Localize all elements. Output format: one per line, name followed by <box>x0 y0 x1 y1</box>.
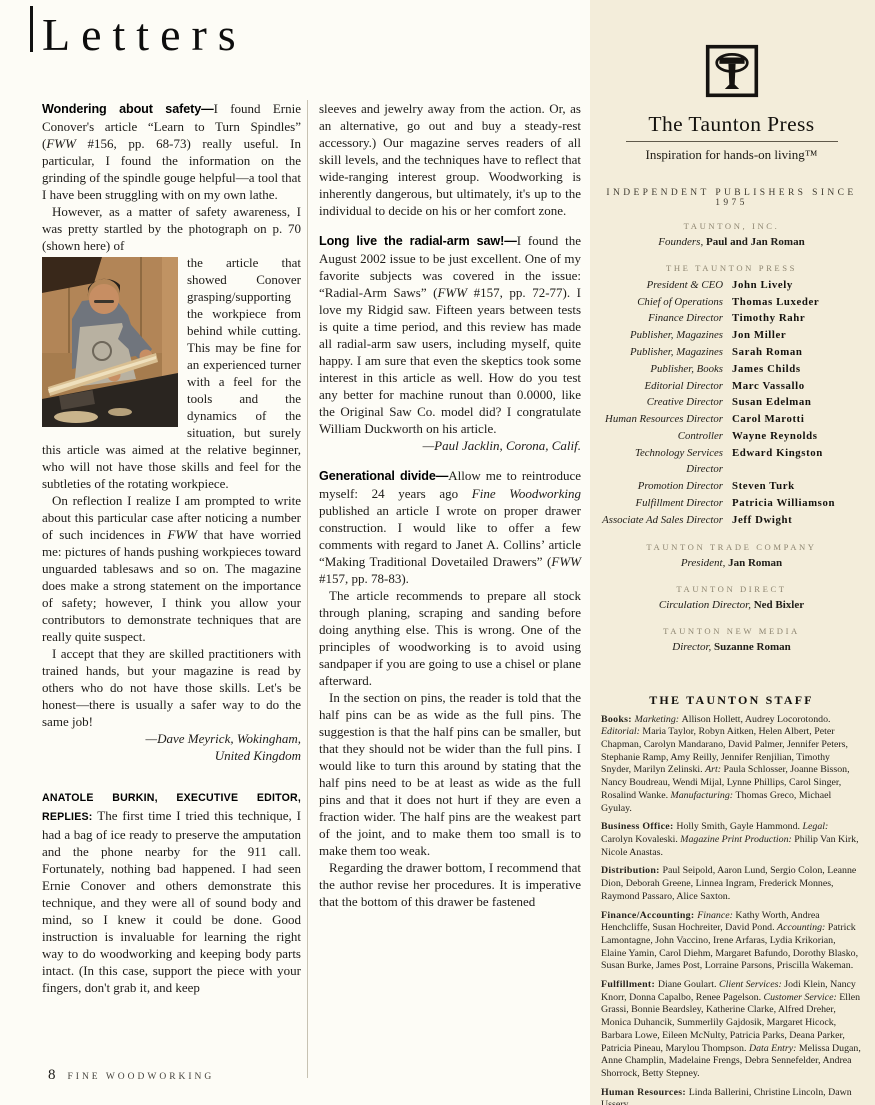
staff-paragraph: Finance/Accounting: Finance: Kathy Worth… <box>601 910 862 974</box>
masthead-section: TAUNTON, INC.Founders, Paul and Jan Roma… <box>601 221 862 250</box>
text-run: Carolyn Kovaleski. <box>601 834 680 845</box>
masthead-line: Founders, Paul and Jan Roman <box>601 235 862 250</box>
masthead-role: Finance Director <box>601 310 723 327</box>
masthead-name: Marc Vassallo <box>732 378 862 395</box>
text-run: Ned Bixler <box>754 599 804 611</box>
masthead-section: TAUNTON TRADE COMPANYPresident, Jan Roma… <box>601 542 862 571</box>
independent-publishers-line: INDEPENDENT PUBLISHERS SINCE 1975 <box>601 188 862 208</box>
masthead-section-header: TAUNTON, INC. <box>601 221 862 231</box>
masthead-role: Human Resources Director <box>601 411 723 428</box>
text-run: Regarding the drawer bottom, I recommend… <box>319 860 581 909</box>
text-run: The first time I tried this technique, I… <box>42 808 301 995</box>
text-run: Business Office: <box>601 821 676 832</box>
staff-paragraph: Distribution: Paul Seipold, Aaron Lund, … <box>601 865 862 903</box>
masthead-role: Publisher, Magazines <box>601 327 723 344</box>
letter-paragraph: the article that showed Conover grasping… <box>42 254 301 492</box>
text-run: #157, pp. 72-77). I love my Ridgid saw. … <box>319 285 581 436</box>
text-run: I accept that they are skilled practitio… <box>42 646 301 729</box>
masthead-name: Jeff Dwight <box>732 512 862 529</box>
text-run: However, as a matter of safety awareness… <box>42 204 301 253</box>
masthead-line: Circulation Director, Ned Bixler <box>601 598 862 613</box>
masthead-sidebar: The Taunton Press Inspiration for hands-… <box>590 0 875 1105</box>
magazine-name: FINE WOODWORKING <box>68 1072 215 1082</box>
masthead-name: Timothy Rahr <box>732 310 862 327</box>
letter-signature: —Dave Meyrick, Wokingham,United Kingdom <box>42 730 301 764</box>
text-run: Wondering about safety— <box>42 102 214 116</box>
masthead-section-header: TAUNTON NEW MEDIA <box>601 626 862 636</box>
text-run: Editorial: <box>601 726 642 737</box>
text-run: In the section on pins, the reader is to… <box>319 690 581 858</box>
letters-column-1: Wondering about safety—I found Ernie Con… <box>42 100 308 1078</box>
signature-line: —Dave Meyrick, Wokingham, <box>42 730 301 747</box>
letter-paragraph: Long live the radial-arm saw!—I found th… <box>319 232 581 437</box>
text-run: Paul and Jan Roman <box>706 236 805 248</box>
masthead-section-header: TAUNTON DIRECT <box>601 584 862 594</box>
masthead-role: President & CEO <box>601 277 723 294</box>
letter-paragraph: Generational divide—Allow me to reintrod… <box>319 467 581 587</box>
text-run: Director, <box>672 641 714 653</box>
masthead-name: Sarah Roman <box>732 344 862 361</box>
text-run: published an article I wrote on proper d… <box>319 503 581 569</box>
masthead-sections: TAUNTON, INC.Founders, Paul and Jan Roma… <box>601 221 862 655</box>
text-run: Jan Roman <box>728 557 782 569</box>
text-run: that have worried me: pictures of hands … <box>42 527 301 644</box>
text-run: sleeves and jewelry away from the action… <box>319 101 581 218</box>
text-run: Allison Hollett, Audrey Locorotondo. <box>682 714 831 725</box>
text-run: FWW <box>437 285 467 300</box>
text-run: Circulation Director, <box>659 599 754 611</box>
text-run: Manufacturing: <box>671 790 736 801</box>
masthead-role: Promotion Director <box>601 478 723 495</box>
text-run: Holly Smith, Gayle Hammond. <box>676 821 802 832</box>
text-run: Generational divide— <box>319 469 448 483</box>
text-run: Books: <box>601 714 635 725</box>
letter-signature: —Paul Jacklin, Corona, Calif. <box>319 437 581 454</box>
title-rule <box>30 6 33 52</box>
letters-column-2: sleeves and jewelry away from the action… <box>308 100 581 1078</box>
masthead-role: Chief of Operations <box>601 294 723 311</box>
page-number: 8 <box>48 1067 56 1083</box>
masthead-name: John Lively <box>732 277 862 294</box>
text-run: Marketing: <box>635 714 682 725</box>
masthead-name: Thomas Luxeder <box>732 294 862 311</box>
masthead-role: Fulfillment Director <box>601 495 723 512</box>
text-run: #157, pp. 78-83). <box>319 571 409 586</box>
masthead-name: James Childs <box>732 361 862 378</box>
masthead-section-header: TAUNTON TRADE COMPANY <box>601 542 862 552</box>
letter-paragraph: However, as a matter of safety awareness… <box>42 203 301 254</box>
text-run: Founders, <box>658 236 706 248</box>
text-run: Human Resources: <box>601 1087 689 1098</box>
letter-paragraph: Wondering about safety—I found Ernie Con… <box>42 100 301 203</box>
text-run: President, <box>681 557 728 569</box>
staff-header: THE TAUNTON STAFF <box>601 693 862 708</box>
staff-paragraph: Human Resources: Linda Ballerini, Christ… <box>601 1087 862 1105</box>
letter-paragraph: Regarding the drawer bottom, I recommend… <box>319 859 581 910</box>
text-run: FWW <box>46 136 76 151</box>
text-run: FWW <box>168 527 198 542</box>
masthead-section: THE TAUNTON PRESSPresident & CEOJohn Liv… <box>601 263 862 529</box>
letters-body: Wondering about safety—I found Ernie Con… <box>42 100 582 1078</box>
letter-paragraph: The article recommends to prepare all st… <box>319 587 581 689</box>
masthead-role: Creative Director <box>601 394 723 411</box>
letter-paragraph: ANATOLE BURKIN, EXECUTIVE EDITOR, REPLIE… <box>42 788 301 996</box>
masthead-name: Susan Edelman <box>732 394 862 411</box>
staff-paragraph: Business Office: Holly Smith, Gayle Hamm… <box>601 821 862 859</box>
letter-paragraph: sleeves and jewelry away from the action… <box>319 100 581 219</box>
brand-name: The Taunton Press <box>601 112 862 137</box>
page-title: Letters <box>42 12 247 58</box>
masthead-name: Carol Marotti <box>732 411 862 428</box>
letter-paragraph: On reflection I realize I am prompted to… <box>42 492 301 645</box>
masthead-role: Editorial Director <box>601 378 723 395</box>
page-footer: 8FINE WOODWORKING <box>48 1066 214 1084</box>
brand-rule <box>626 141 838 142</box>
text-run: Suzanne Roman <box>714 641 791 653</box>
taunton-press-logo-icon <box>601 44 862 103</box>
masthead-line: Director, Suzanne Roman <box>601 640 862 655</box>
masthead-role: Controller <box>601 428 723 445</box>
masthead-section-header: THE TAUNTON PRESS <box>601 263 862 273</box>
masthead-role: Publisher, Books <box>601 361 723 378</box>
masthead-role: Associate Ad Sales Director <box>601 512 723 529</box>
text-run: Data Entry: <box>749 1043 799 1054</box>
staff-paragraph: Fulfillment: Diane Goulart. Client Servi… <box>601 979 862 1081</box>
masthead-role-list: President & CEOJohn LivelyChief of Opera… <box>601 277 862 529</box>
text-run: FWW <box>551 554 581 569</box>
text-run: Legal: <box>803 821 829 832</box>
staff-list: Books: Marketing: Allison Hollett, Audre… <box>601 714 862 1105</box>
text-run: Fulfillment: <box>601 979 658 990</box>
letter-paragraph: In the section on pins, the reader is to… <box>319 689 581 859</box>
signature-line: United Kingdom <box>42 747 301 764</box>
signature-line: —Paul Jacklin, Corona, Calif. <box>319 437 581 454</box>
text-run: Customer Service: <box>764 992 840 1003</box>
masthead-section: TAUNTON NEW MEDIADirector, Suzanne Roman <box>601 626 862 655</box>
text-run: Accounting: <box>777 922 828 933</box>
masthead-name: Jon Miller <box>732 327 862 344</box>
letter-paragraph: I accept that they are skilled practitio… <box>42 645 301 730</box>
text-run: Magazine Print Production: <box>680 834 794 845</box>
text-run: Finance: <box>697 910 735 921</box>
text-run: Fine Woodworking <box>472 486 581 501</box>
masthead-name: Steven Turk <box>732 478 862 495</box>
masthead-name: Edward Kingston <box>732 445 862 479</box>
masthead-name: Wayne Reynolds <box>732 428 862 445</box>
text-run: #156, pp. 68-73) really useful. In parti… <box>42 136 301 202</box>
brand-tagline: Inspiration for hands-on living™ <box>601 147 862 163</box>
text-run: The article recommends to prepare all st… <box>319 588 581 688</box>
text-run: Diane Goulart. <box>658 979 719 990</box>
text-run: Distribution: <box>601 865 663 876</box>
masthead-section: TAUNTON DIRECTCirculation Director, Ned … <box>601 584 862 613</box>
lathe-photo <box>42 257 178 427</box>
text-run: Client Services: <box>719 979 784 990</box>
text-run: Finance/Accounting: <box>601 910 697 921</box>
masthead-role: Publisher, Magazines <box>601 344 723 361</box>
text-run: Art: <box>705 764 723 775</box>
staff-paragraph: Books: Marketing: Allison Hollett, Audre… <box>601 714 862 816</box>
masthead-role: Technology Services Director <box>601 445 723 479</box>
masthead-name: Patricia Williamson <box>732 495 862 512</box>
text-run: Long live the radial-arm saw!— <box>319 234 517 248</box>
masthead-line: President, Jan Roman <box>601 556 862 571</box>
